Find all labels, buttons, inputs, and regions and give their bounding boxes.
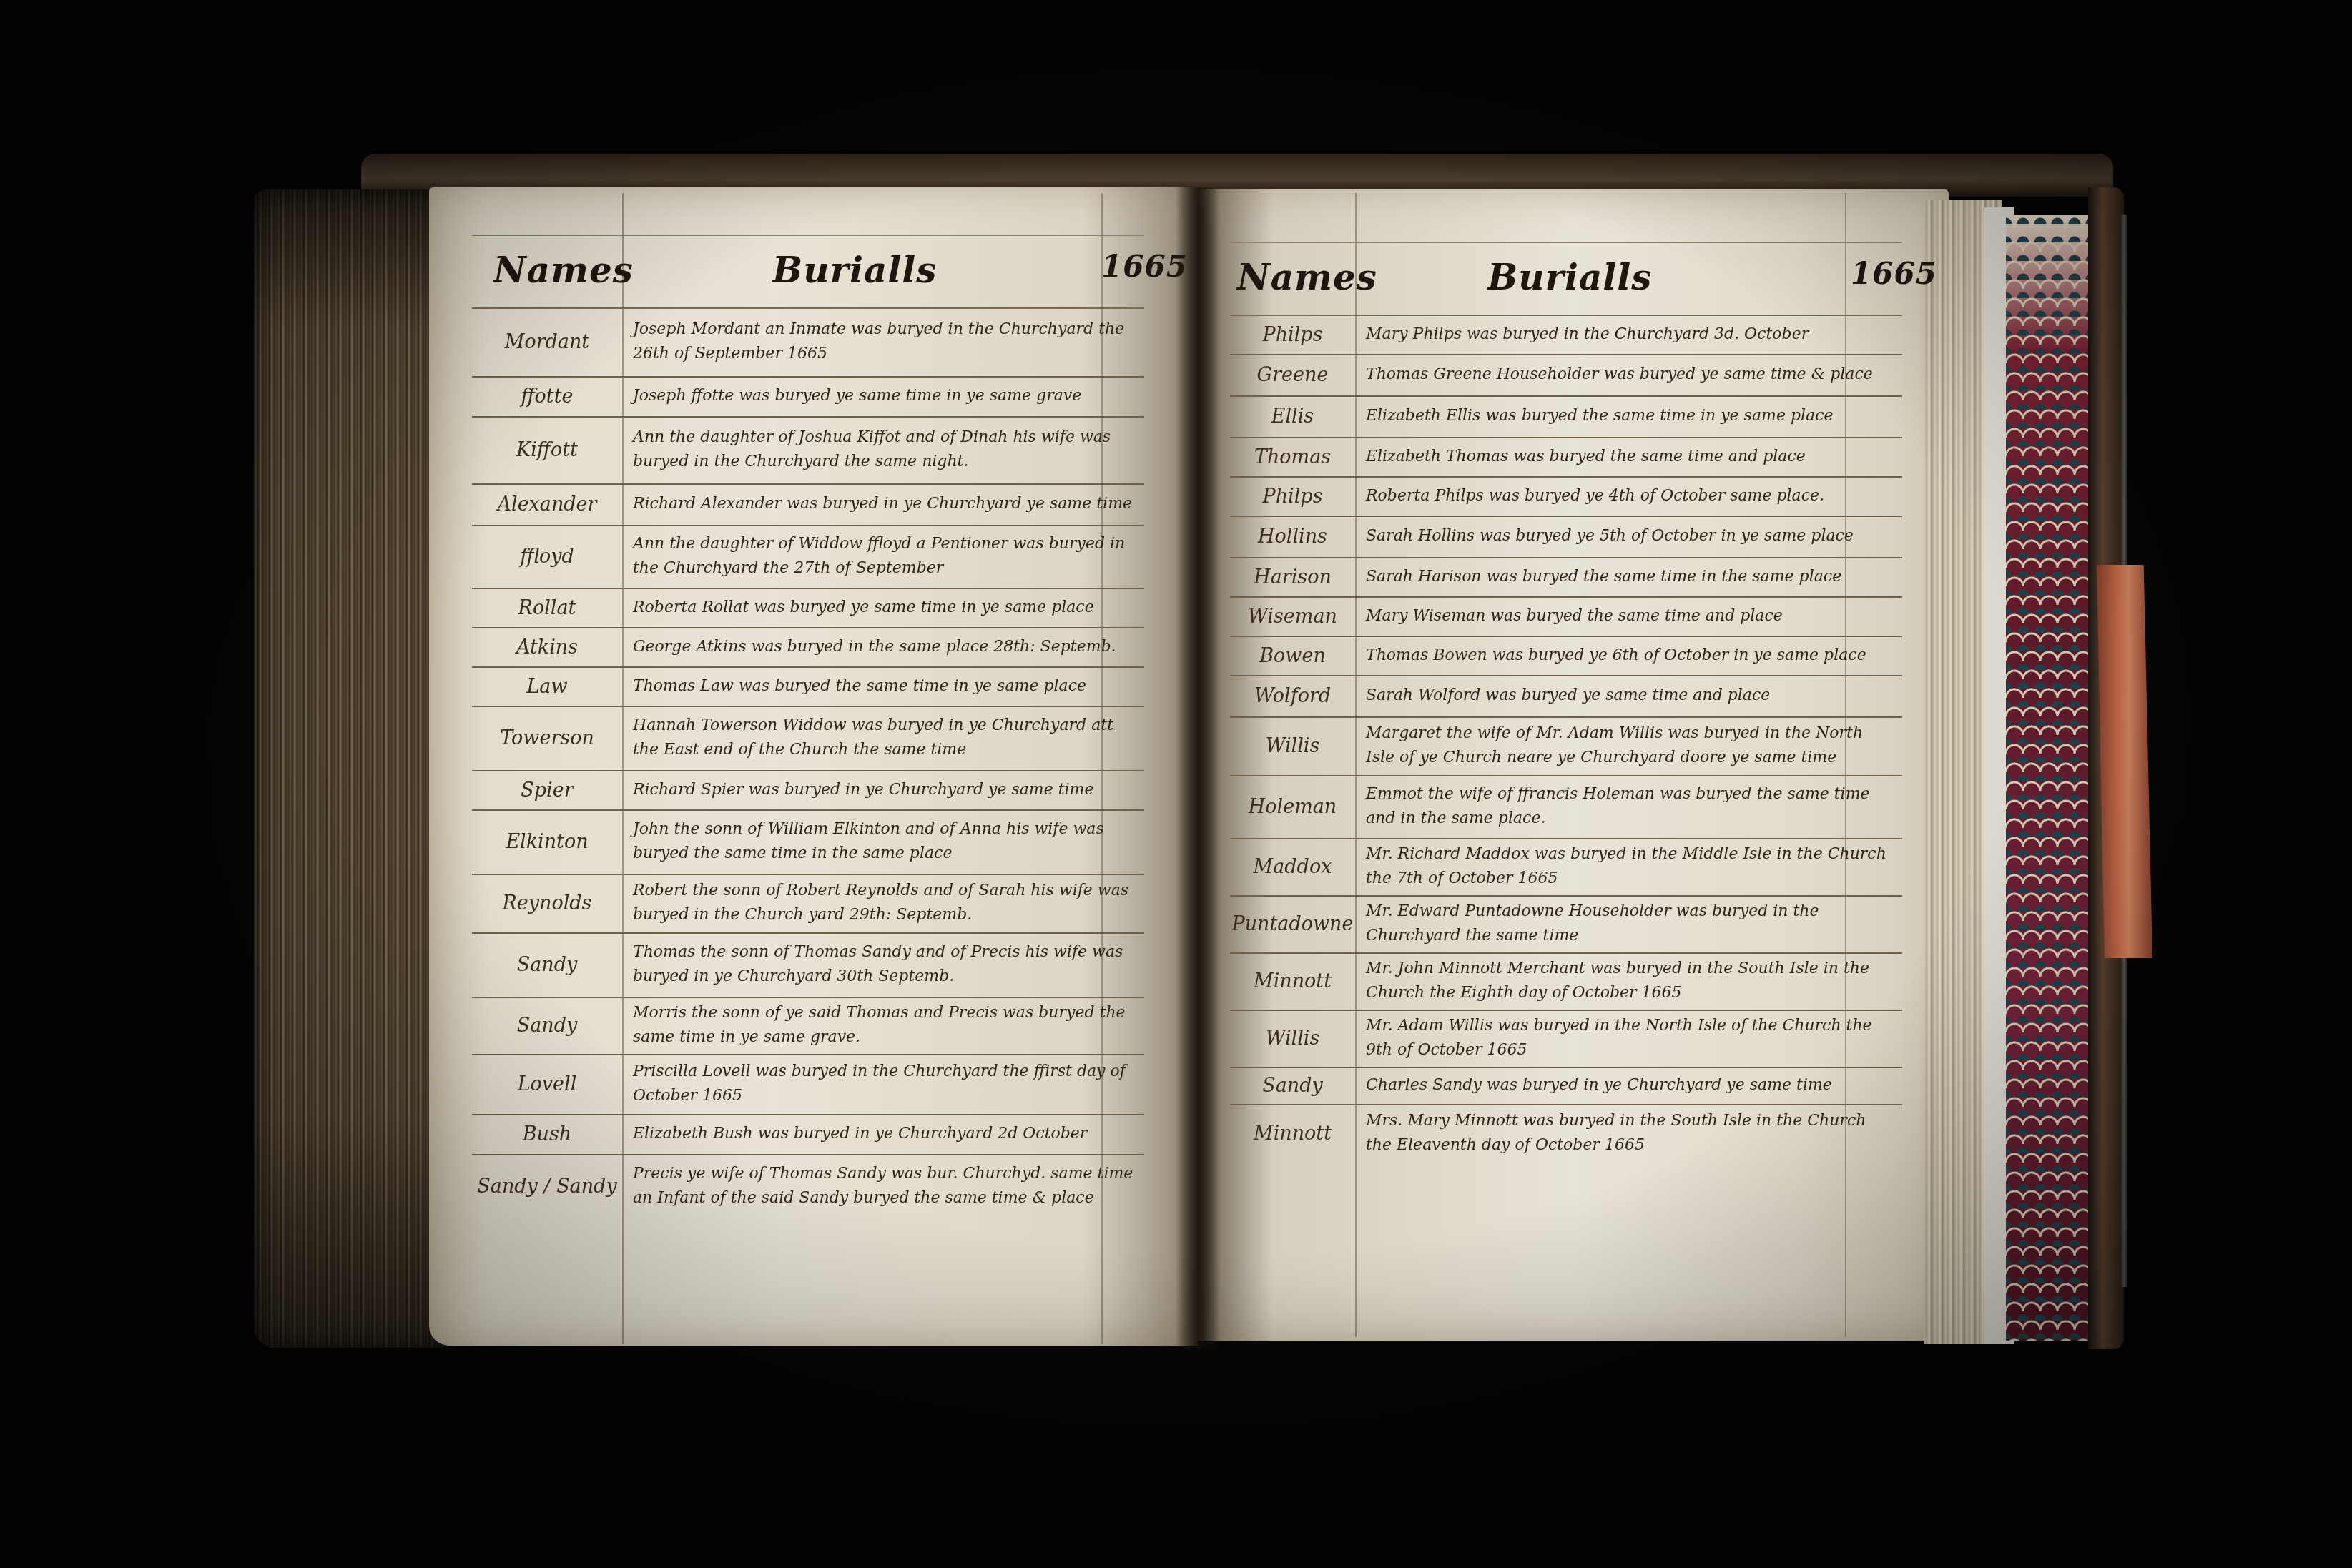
- names-heading: Names: [1237, 256, 1377, 298]
- surname: Mordant: [472, 331, 622, 353]
- surname: Philps: [1230, 323, 1355, 345]
- burial-entry: Richard Spier was buryed in ye Churchyar…: [633, 778, 1136, 802]
- surname: Alexander: [472, 493, 622, 516]
- burial-entry: Sarah Harison was buryed the same time i…: [1366, 565, 1894, 589]
- register-row: WolfordSarah Wolford was buryed ye same …: [1230, 675, 1902, 718]
- register-row: LawThomas Law was buryed the same time i…: [472, 666, 1144, 707]
- surname: Spier: [472, 779, 622, 801]
- register-row: WisemanMary Wiseman was buryed the same …: [1230, 596, 1902, 637]
- register-header-row: Names Burialls 1665: [472, 235, 1144, 309]
- burial-entry: Mr. Edward Puntadowne Householder was bu…: [1366, 899, 1894, 948]
- burial-entry: Elizabeth Ellis was buryed the same time…: [1366, 404, 1894, 428]
- burials-heading: Burialls: [1487, 256, 1653, 298]
- surname: ffloyd: [472, 546, 622, 568]
- register-row: ElkintonJohn the sonn of William Elkinto…: [472, 809, 1144, 875]
- register-row: RollatRoberta Rollat was buryed ye same …: [472, 588, 1144, 628]
- burial-entry: George Atkins was buryed in the same pla…: [633, 635, 1136, 659]
- page-stack-fore-edge: [254, 189, 443, 1348]
- marbled-endpaper: [2006, 215, 2090, 1341]
- photograph-background: Names Burialls 1665 MordantJoseph Mordan…: [0, 0, 2352, 1568]
- burial-entry: Joseph ffotte was buryed ye same time in…: [633, 384, 1136, 408]
- register-row: MinnottMrs. Mary Minnott was buryed in t…: [1230, 1104, 1902, 1163]
- surname: Willis: [1230, 735, 1355, 757]
- burial-entry: Elizabeth Bush was buryed in ye Churchya…: [633, 1122, 1136, 1146]
- burial-entry: Richard Alexander was buryed in ye Churc…: [633, 492, 1136, 516]
- register-row: PhilpsRoberta Philps was buryed ye 4th o…: [1230, 476, 1902, 517]
- left-register-table: Names Burialls 1665 MordantJoseph Mordan…: [472, 193, 1144, 1344]
- surname: ffotte: [472, 385, 622, 408]
- burial-entry: Mr. John Minnott Merchant was buryed in …: [1366, 957, 1894, 1005]
- surname: Philps: [1230, 485, 1355, 507]
- burial-entry: Joseph Mordant an Inmate was buryed in t…: [633, 317, 1136, 366]
- right-register-table: Names Burialls 1665 PhilpsMary Philps wa…: [1230, 193, 1902, 1337]
- burial-entry: Thomas Bowen was buryed ye 6th of Octobe…: [1366, 644, 1894, 668]
- register-row: WillisMr. Adam Willis was buryed in the …: [1230, 1010, 1902, 1068]
- register-row: ThomasElizabeth Thomas was buryed the sa…: [1230, 437, 1902, 478]
- burials-heading: Burialls: [772, 249, 938, 291]
- surname: Towerson: [472, 727, 622, 749]
- register-row: MinnottMr. John Minnott Merchant was bur…: [1230, 952, 1902, 1011]
- register-row: PuntadowneMr. Edward Puntadowne Househol…: [1230, 895, 1902, 954]
- burial-entry: Thomas Law was buryed the same time in y…: [633, 674, 1136, 699]
- burial-entry: Mr. Adam Willis was buryed in the North …: [1366, 1014, 1894, 1062]
- surname: Minnott: [1230, 970, 1355, 992]
- burial-entry: Emmot the wife of ffrancis Holeman was b…: [1366, 782, 1894, 831]
- surname: Sandy: [472, 954, 622, 976]
- year-heading: 1665: [1101, 249, 1188, 284]
- surname: Minnott: [1230, 1123, 1355, 1145]
- surname: Law: [472, 675, 622, 697]
- burial-entry: Mrs. Mary Minnott was buryed in the Sout…: [1366, 1109, 1894, 1158]
- burial-entry: Elizabeth Thomas was buryed the same tim…: [1366, 445, 1894, 469]
- surname: Lovell: [472, 1073, 622, 1095]
- surname: Sandy: [1230, 1075, 1355, 1097]
- surname: Reynolds: [472, 892, 622, 914]
- surname: Elkinton: [472, 831, 622, 853]
- burial-entry: Sarah Hollins was buryed ye 5th of Octob…: [1366, 524, 1894, 548]
- surname: Sandy: [472, 1015, 622, 1037]
- burial-entry: Mary Philps was buryed in the Churchyard…: [1366, 322, 1894, 347]
- register-row: Sandy / SandyPrecis ye wife of Thomas Sa…: [472, 1154, 1144, 1218]
- burial-entry: Hannah Towerson Widdow was buryed in ye …: [633, 714, 1136, 762]
- register-row: AlexanderRichard Alexander was buryed in…: [472, 483, 1144, 526]
- surname: Harison: [1230, 566, 1355, 588]
- surname: Thomas: [1230, 445, 1355, 468]
- burial-entry: Ann the daughter of Widdow ffloyd a Pent…: [633, 532, 1136, 581]
- surname: Wolford: [1230, 685, 1355, 707]
- surname: Willis: [1230, 1027, 1355, 1050]
- burial-entry: Mary Wiseman was buryed the same time an…: [1366, 604, 1894, 628]
- burial-entry: Precis ye wife of Thomas Sandy was bur. …: [633, 1162, 1136, 1210]
- burial-entry: Thomas the sonn of Thomas Sandy and of P…: [633, 940, 1136, 989]
- surname: Ellis: [1230, 405, 1355, 428]
- book-gutter: [1176, 187, 1219, 1349]
- burial-entry: Priscilla Lovell was buryed in the Churc…: [633, 1060, 1136, 1108]
- register-row: HollinsSarah Hollins was buryed ye 5th o…: [1230, 516, 1902, 558]
- register-row: LovellPriscilla Lovell was buryed in the…: [472, 1054, 1144, 1115]
- surname: Kiffott: [472, 439, 622, 461]
- register-row: SandyMorris the sonn of ye said Thomas a…: [472, 997, 1144, 1055]
- surname: Rollat: [472, 596, 622, 618]
- register-row: WillisMargaret the wife of Mr. Adam Will…: [1230, 716, 1902, 776]
- surname: Bowen: [1230, 644, 1355, 666]
- register-row: TowersonHannah Towerson Widdow was burye…: [472, 706, 1144, 771]
- register-row: EllisElizabeth Ellis was buryed the same…: [1230, 395, 1902, 438]
- burial-entry: Mr. Richard Maddox was buryed in the Mid…: [1366, 842, 1894, 891]
- register-row: BushElizabeth Bush was buryed in ye Chur…: [472, 1114, 1144, 1155]
- burial-entry: Roberta Philps was buryed ye 4th of Octo…: [1366, 484, 1894, 508]
- burial-entry: Margaret the wife of Mr. Adam Willis was…: [1366, 721, 1894, 770]
- surname: Maddox: [1230, 856, 1355, 878]
- register-header-row: Names Burialls 1665: [1230, 242, 1902, 316]
- surname: Sandy / Sandy: [472, 1175, 622, 1198]
- burial-entry: Robert the sonn of Robert Reynolds and o…: [633, 879, 1136, 927]
- register-row: KiffottAnn the daughter of Joshua Kiffot…: [472, 416, 1144, 485]
- register-row: SandyCharles Sandy was buryed in ye Chur…: [1230, 1067, 1902, 1105]
- surname: Hollins: [1230, 526, 1355, 548]
- register-row: ffloydAnn the daughter of Widdow ffloyd …: [472, 525, 1144, 589]
- burial-entry: John the sonn of William Elkinton and of…: [633, 817, 1136, 866]
- register-row: GreeneThomas Greene Householder was bury…: [1230, 354, 1902, 397]
- burial-entry: Sarah Wolford was buryed ye same time an…: [1366, 684, 1894, 708]
- surname: Holeman: [1230, 796, 1355, 818]
- surname: Puntadowne: [1230, 913, 1355, 935]
- register-row: MordantJoseph Mordant an Inmate was bury…: [472, 307, 1144, 378]
- register-row: ReynoldsRobert the sonn of Robert Reynol…: [472, 874, 1144, 934]
- register-row: ffotteJoseph ffotte was buryed ye same t…: [472, 376, 1144, 418]
- register-row: HolemanEmmot the wife of ffrancis Holema…: [1230, 775, 1902, 839]
- register-row: BowenThomas Bowen was buryed ye 6th of O…: [1230, 636, 1902, 676]
- surname: Atkins: [472, 636, 622, 658]
- burial-entry: Charles Sandy was buryed in ye Churchyar…: [1366, 1073, 1894, 1098]
- burial-entry: Roberta Rollat was buryed ye same time i…: [633, 596, 1136, 620]
- surname: Bush: [472, 1123, 622, 1145]
- burial-entry: Thomas Greene Householder was buryed ye …: [1366, 363, 1894, 387]
- burial-entry: Ann the daughter of Joshua Kiffot and of…: [633, 425, 1136, 474]
- surname: Wiseman: [1230, 605, 1355, 627]
- register-row: SandyThomas the sonn of Thomas Sandy and…: [472, 932, 1144, 998]
- register-row: HarisonSarah Harison was buryed the same…: [1230, 557, 1902, 598]
- register-row: MaddoxMr. Richard Maddox was buryed in t…: [1230, 838, 1902, 897]
- register-row: SpierRichard Spier was buryed in ye Chur…: [472, 770, 1144, 811]
- register-row: PhilpsMary Philps was buryed in the Chur…: [1230, 315, 1902, 355]
- year-heading: 1665: [1851, 256, 1937, 291]
- surname: Greene: [1230, 364, 1355, 386]
- register-row: AtkinsGeorge Atkins was buryed in the sa…: [472, 627, 1144, 668]
- names-heading: Names: [493, 249, 634, 291]
- burial-entry: Morris the sonn of ye said Thomas and Pr…: [633, 1001, 1136, 1050]
